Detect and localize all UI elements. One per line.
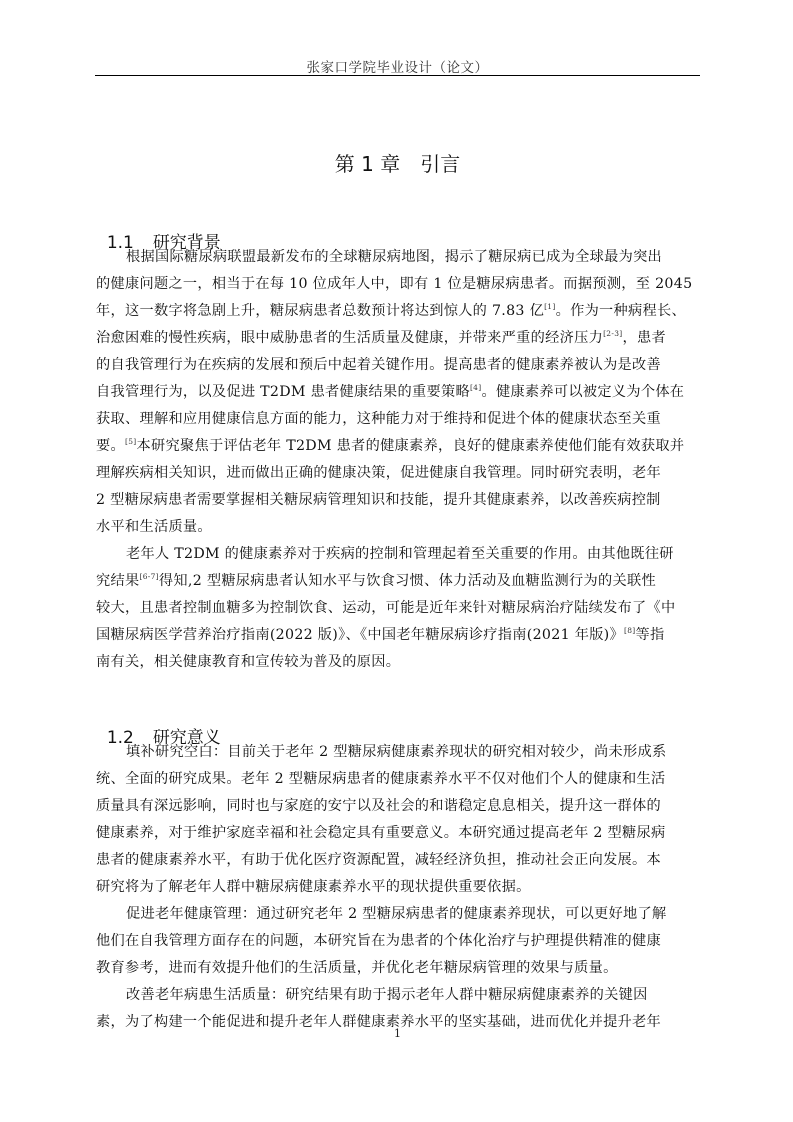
text-run: 治愈困难的慢性疾病，眼中威胁患者的生活质量及健康，并带来严重的经济压力 bbox=[96, 330, 603, 346]
page-number: 1 bbox=[95, 1027, 700, 1040]
paragraph-significance-2: 促进老年健康管理：通过研究老年 2 型糖尿病患者的健康素养现状，可以更好地了解 … bbox=[96, 901, 708, 982]
text-line: 年，这一数字将急剧上升，糖尿病患者总数预计将达到惊人的 7.83 亿[1]。作为… bbox=[96, 298, 708, 325]
text-run: 年，这一数字将急剧上升，糖尿病患者总数预计将达到惊人的 7.83 亿 bbox=[96, 303, 544, 319]
text-run: 等指 bbox=[636, 627, 665, 643]
citation-ref: [6-7] bbox=[139, 572, 158, 581]
text-run: 要。 bbox=[96, 438, 125, 454]
header-divider bbox=[95, 75, 700, 76]
text-run: 本研究聚焦于评估老年 T2DM 患者的健康素养，良好的健康素养使他们能有效获取并 bbox=[137, 438, 685, 454]
text-line: 国糖尿病医学营养治疗指南(2022 版)》、《中国老年糖尿病诊疗指南(2021 … bbox=[96, 622, 708, 649]
text-line: 获取、理解和应用健康信息方面的能力，这种能力对于维持和促进个体的健康状态至关重 bbox=[96, 406, 708, 433]
citation-ref: [2-3] bbox=[603, 329, 622, 338]
text-line: 水平和生活质量。 bbox=[96, 514, 708, 541]
text-line: 究结果[6-7]得知,2 型糖尿病患者认知水平与饮食习惯、体力活动及血糖监测行为… bbox=[96, 568, 708, 595]
text-line: 较大，且患者控制血糖多为控制饮食、运动，可能是近年来针对糖尿病治疗陆续发布了《中 bbox=[96, 595, 708, 622]
citation-ref: [4] bbox=[470, 383, 482, 392]
text-line: 填补研究空白：目前关于老年 2 型糖尿病健康素养现状的研究相对较少，尚未形成系 bbox=[96, 739, 708, 766]
text-run: 。健康素养可以被定义为个体在 bbox=[481, 384, 684, 400]
text-line: 要。[5]本研究聚焦于评估老年 T2DM 患者的健康素养，良好的健康素养使他们能… bbox=[96, 433, 708, 460]
paragraph-background-2: 老年人 T2DM 的健康素养对于疾病的控制和管理起着至关重要的作用。由其他既往研… bbox=[96, 541, 708, 676]
text-run: 自我管理行为，以及促进 T2DM 患者健康结果的重要策略 bbox=[96, 384, 470, 400]
text-run: 。作为一种病程长、 bbox=[556, 303, 686, 319]
text-line: 理解疾病相关知识，进而做出正确的健康决策，促进健康自我管理。同时研究表明，老年 bbox=[96, 460, 708, 487]
running-header: 张家口学院毕业设计（论文） bbox=[95, 56, 700, 76]
text-line: 促进老年健康管理：通过研究老年 2 型糖尿病患者的健康素养现状，可以更好地了解 bbox=[96, 901, 708, 928]
paragraph-significance-1: 填补研究空白：目前关于老年 2 型糖尿病健康素养现状的研究相对较少，尚未形成系 … bbox=[96, 739, 708, 901]
text-line: 2 型糖尿病患者需要掌握相关糖尿病管理知识和技能，提升其健康素养，以改善疾病控制 bbox=[96, 487, 708, 514]
citation-ref: [1] bbox=[544, 302, 556, 311]
citation-ref: [5] bbox=[125, 437, 137, 446]
text-line: 健康素养，对于维护家庭幸福和社会稳定具有重要意义。本研究通过提高老年 2 型糖尿… bbox=[96, 820, 708, 847]
text-run: 究结果 bbox=[96, 573, 139, 589]
text-line: 统、全面的研究成果。老年 2 型糖尿病患者的健康素养水平不仅对他们个人的健康和生… bbox=[96, 766, 708, 793]
text-line: 老年人 T2DM 的健康素养对于疾病的控制和管理起着至关重要的作用。由其他既往研 bbox=[96, 541, 708, 568]
text-line: 根据国际糖尿病联盟最新发布的全球糖尿病地图，揭示了糖尿病已成为全球最为突出 bbox=[96, 244, 708, 271]
paragraph-background-1: 根据国际糖尿病联盟最新发布的全球糖尿病地图，揭示了糖尿病已成为全球最为突出 的健… bbox=[96, 244, 708, 541]
text-line: 治愈困难的慢性疾病，眼中威胁患者的生活质量及健康，并带来严重的经济压力[2-3]… bbox=[96, 325, 708, 352]
text-run: ，患者 bbox=[623, 330, 666, 346]
text-run: 得知,2 型糖尿病患者认知水平与饮食习惯、体力活动及血糖监测行为的关联性 bbox=[159, 573, 656, 589]
text-line: 的健康问题之一，相当于在每 10 位成年人中，即有 1 位是糖尿病患者。而据预测… bbox=[96, 271, 708, 298]
text-line: 改善老年病患生活质量：研究结果有助于揭示老年人群中糖尿病健康素养的关键因 bbox=[96, 982, 708, 1009]
text-line: 自我管理行为，以及促进 T2DM 患者健康结果的重要策略[4]。健康素养可以被定… bbox=[96, 379, 708, 406]
chapter-title: 第 1 章 引言 bbox=[95, 148, 700, 177]
citation-ref: [8] bbox=[624, 626, 636, 635]
text-line: 他们在自我管理方面存在的问题，本研究旨在为患者的个体化治疗与护理提供精准的健康 bbox=[96, 928, 708, 955]
text-line: 患者的健康素养水平，有助于优化医疗资源配置，减轻经济负担，推动社会正向发展。本 bbox=[96, 847, 708, 874]
text-line: 教育参考，进而有效提升他们的生活质量，并优化老年糖尿病管理的效果与质量。 bbox=[96, 955, 708, 982]
text-run: 国糖尿病医学营养治疗指南(2022 版)》、《中国老年糖尿病诊疗指南(2021 … bbox=[96, 627, 624, 643]
text-line: 质量具有深远影响，同时也与家庭的安宁以及社会的和谐稳定息息相关，提升这一群体的 bbox=[96, 793, 708, 820]
text-line: 的自我管理行为在疾病的发展和预后中起着关键作用。提高患者的健康素养被认为是改善 bbox=[96, 352, 708, 379]
text-line: 南有关，相关健康教育和宣传较为普及的原因。 bbox=[96, 649, 708, 676]
text-line: 研究将为了解老年人群中糖尿病健康素养水平的现状提供重要依据。 bbox=[96, 874, 708, 901]
